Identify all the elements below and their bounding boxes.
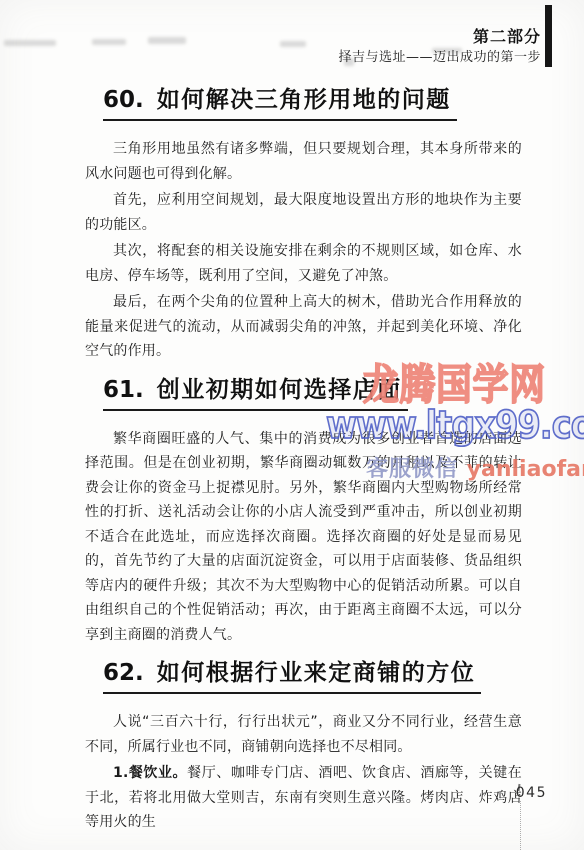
chapter-subtitle: 择吉与选址——迈出成功的第一步 xyxy=(338,50,541,66)
scan-artifact xyxy=(4,40,56,46)
section-61-heading: 61.创业初期如何选择店面 xyxy=(103,376,408,411)
page-content: 60.如何解决三角形用地的问题 三角形用地虽然有诸多弊端，但只要规划合理，其本身… xyxy=(85,86,522,847)
scan-artifact xyxy=(280,41,306,47)
paragraph-restaurant-industry: 1.餐饮业。餐厅、咖啡专门店、酒吧、饮食店、酒廊等，关键在于北，若将北用做大堂则… xyxy=(85,761,522,835)
section-60: 60.如何解决三角形用地的问题 三角形用地虽然有诸多弊端，但只要规划合理，其本身… xyxy=(85,86,522,364)
paragraph: 繁华商圈旺盛的人气、集中的消费成为很多创业者首选的店面选择范围。但是在创业初期，… xyxy=(85,427,522,648)
list-item-lead: 1.餐饮业。 xyxy=(113,765,187,781)
paragraph: 三角形用地虽然有诸多弊端，但只要规划合理，其本身所带来的风水问题也可得到化解。 xyxy=(85,137,522,186)
scan-artifact xyxy=(148,37,186,44)
section-title: 创业初期如何选择店面 xyxy=(157,377,402,403)
section-number: 61. xyxy=(103,377,144,403)
scanned-book-page: 第二部分 择吉与选址——迈出成功的第一步 60.如何解决三角形用地的问题 三角形… xyxy=(0,0,584,850)
scan-artifact xyxy=(92,39,126,45)
section-62: 62.如何根据行业来定商铺的方位 人说“三百六十行，行行出状元”，商业又分不同行… xyxy=(85,659,522,835)
paragraph: 首先，应利用空间规划，最大限度地设置出方形的地块作为主要的功能区。 xyxy=(85,188,522,237)
part-label: 第二部分 xyxy=(338,27,541,47)
section-number: 60. xyxy=(103,87,144,113)
page-number: 045 xyxy=(516,785,547,801)
section-number: 62. xyxy=(103,660,144,686)
section-60-heading: 60.如何解决三角形用地的问题 xyxy=(103,86,457,121)
page-header: 第二部分 择吉与选址——迈出成功的第一步 xyxy=(338,27,541,66)
header-divider-bar xyxy=(545,5,552,67)
scan-fold-line xyxy=(520,801,521,850)
section-title: 如何解决三角形用地的问题 xyxy=(157,87,451,113)
section-title: 如何根据行业来定商铺的方位 xyxy=(157,660,476,686)
section-62-heading: 62.如何根据行业来定商铺的方位 xyxy=(103,659,481,694)
paragraph: 最后，在两个尖角的位置种上高大的树木，借助光合作用释放的能量来促进气的流动，从而… xyxy=(85,290,522,364)
section-61: 61.创业初期如何选择店面 繁华商圈旺盛的人气、集中的消费成为很多创业者首选的店… xyxy=(85,376,522,648)
paragraph: 其次，将配套的相关设施安排在剩余的不规则区域，如仓库、水电房、停车场等，既利用了… xyxy=(85,239,522,288)
paragraph: 人说“三百六十行，行行出状元”，商业又分不同行业，经营生意不同，所属行业也不同，… xyxy=(85,710,522,759)
